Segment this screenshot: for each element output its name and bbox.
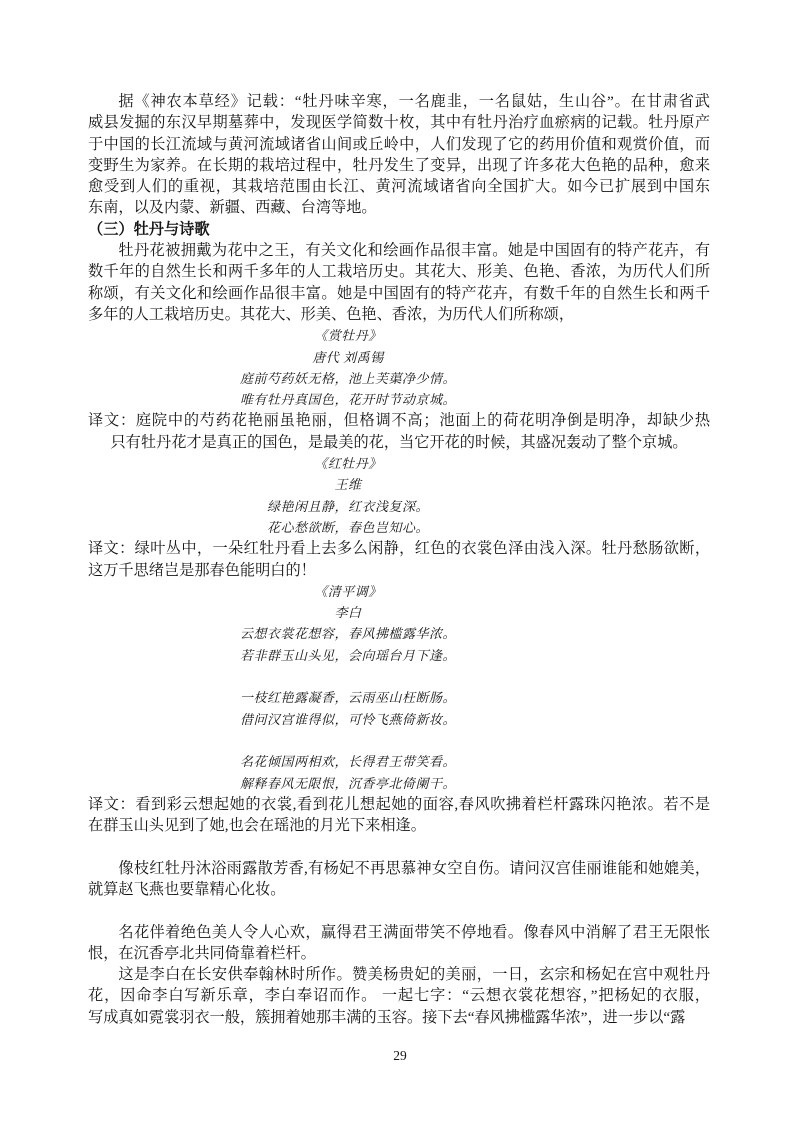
- poem-verse: 庭前芍药妖无格，池上芙蕖净少情。: [88, 368, 608, 389]
- page-number: 29: [0, 1048, 800, 1064]
- translation-qingpingdiao: 译文：看到彩云想起她的衣裳,看到花儿想起她的面容,春风吹拂着栏杆露珠闪艳浓。若不…: [88, 794, 710, 837]
- blank-line: [88, 730, 608, 751]
- text-line: 多年的人工栽培历史。其花大、形美、色艳、香浓，为历代人们所称颂，: [88, 304, 710, 325]
- text-line: 只有牡丹花才是真正的国色，是最美的花，当它开花的时候，其盛况轰动了整个京城。: [88, 432, 710, 453]
- poem-title: 《赏牡丹》: [88, 325, 608, 346]
- text-line: 就算赵飞燕也要靠精心化妆。: [88, 879, 710, 900]
- translation-hong-mudan: 译文：绿叶丛中，一朵红牡丹看上去多么闲静，红色的衣裳色泽由浅入深。牡丹愁肠欲断，…: [88, 538, 710, 581]
- text-line: 愈受到人们的重视，其栽培范围由长江、黄河流域诸省向全国扩大。如今已扩展到中国东北…: [88, 176, 710, 197]
- text-line: 据《神农本草经》记载：“牡丹味辛寒，一名鹿韭，一名鼠姑，生山谷”。在甘肃省武: [88, 91, 710, 112]
- paragraph-shennong: 据《神农本草经》记载：“牡丹味辛寒，一名鹿韭，一名鼠姑，生山谷”。在甘肃省武 威…: [88, 91, 710, 219]
- poem-verse: 唯有牡丹真国色，花开时节动京城。: [88, 389, 608, 410]
- text-line: 这是李白在长安供奉翰林时所作。赞美杨贵妃的美丽，一日，玄宗和杨妃在宫中观牡丹: [88, 964, 710, 985]
- text-line: 名花伴着绝色美人令人心欢，赢得君王满面带笑不停地看。像春风中消解了君王无限怅: [88, 922, 710, 943]
- text-line: 译文：看到彩云想起她的衣裳,看到花儿想起她的面容,春风吹拂着栏杆露珠闪艳浓。若不…: [88, 794, 710, 815]
- poem-hong-mudan: 《红牡丹》 王维 绿艳闲且静，红衣浅复深。 花心愁欲断，春色岂知心。: [88, 453, 608, 538]
- text-line: 变野生为家养。在长期的栽培过程中，牡丹发生了变异，出现了许多花大色艳的品种，愈来: [88, 155, 710, 176]
- poem-verse: 借问汉宫谁得似，可怜飞燕倚新妆。: [88, 709, 608, 730]
- poem-verse: 名花倾国两相欢，长得君王带笑看。: [88, 751, 608, 772]
- text-line: 牡丹花被拥戴为花中之王，有关文化和绘画作品很丰富。她是中国固有的特产花卉，有: [88, 240, 710, 261]
- poem-shang-mudan: 《赏牡丹》 唐代 刘禹锡 庭前芍药妖无格，池上芙蕖净少情。 唯有牡丹真国色，花开…: [88, 325, 608, 410]
- blank-line: [88, 900, 710, 921]
- poem-title: 《清平调》: [88, 581, 608, 602]
- paragraph-minghua: 名花伴着绝色美人令人心欢，赢得君王满面带笑不停地看。像春风中消解了君王无限怅 恨…: [88, 922, 710, 965]
- poem-verse: 云想衣裳花想容，春风拂槛露华浓。: [88, 623, 608, 644]
- text-line: 数千年的自然生长和两千多年的人工栽培历史。其花大、形美、色艳、香浓，为历代人们所: [88, 261, 710, 282]
- text-line: 于中国的长江流域与黄河流域诸省山间或丘岭中，人们发现了它的药用价值和观赏价值，而: [88, 134, 710, 155]
- translation-shang-mudan: 译文：庭院中的芍药花艳丽虽艳丽，但格调不高；池面上的荷花明净倒是明净，却缺少热情…: [88, 410, 710, 453]
- blank-line: [88, 836, 710, 857]
- poem-author: 李白: [88, 602, 608, 623]
- text-line: 恨，在沉香亭北共同倚靠着栏杆。: [88, 943, 710, 964]
- text-line: 花，因命李白写新乐章，李白奉诏而作。 一起七字：“云想衣裳花想容，”把杨妃的衣服…: [88, 985, 710, 1006]
- poem-qingpingdiao: 《清平调》 李白 云想衣裳花想容，春风拂槛露华浓。 若非群玉山头见，会向瑶台月下…: [88, 581, 608, 794]
- text-line: 写成真如霓裳羽衣一般，簇拥着她那丰满的玉容。接下去“春风拂槛露华浓”，进一步以“…: [88, 1007, 710, 1028]
- poem-verse: 解释春风无限恨，沉香亭北倚阑干。: [88, 773, 608, 794]
- blank-line: [88, 666, 608, 687]
- poem-verse: 一枝红艳露凝香，云雨巫山枉断肠。: [88, 687, 608, 708]
- paragraph-libai-changan: 这是李白在长安供奉翰林时所作。赞美杨贵妃的美丽，一日，玄宗和杨妃在宫中观牡丹 花…: [88, 964, 710, 1028]
- poem-author: 王维: [88, 474, 608, 495]
- poem-verse: 花心愁欲断，春色岂知心。: [88, 517, 608, 538]
- poem-verse: 若非群玉山头见，会向瑶台月下逢。: [88, 645, 608, 666]
- text-line: 这万千思绪岂是那春色能明白的！: [88, 560, 710, 581]
- poem-title: 《红牡丹》: [88, 453, 608, 474]
- poem-author: 唐代 刘禹锡: [88, 347, 608, 368]
- page-content: 据《神农本草经》记载：“牡丹味辛寒，一名鹿韭，一名鼠姑，生山谷”。在甘肃省武 威…: [88, 91, 710, 1028]
- text-line: 在群玉山头见到了她,也会在瑶池的月光下来相逢。: [88, 815, 710, 836]
- poem-verse: 绿艳闲且静，红衣浅复深。: [88, 496, 608, 517]
- text-line: 像枝红牡丹沐浴雨露散芳香,有杨妃不再思慕神女空自伤。请问汉宫佳丽谁能和她媲美，: [88, 858, 710, 879]
- text-line: 威县发掘的东汉早期墓葬中，发现医学简数十枚，其中有牡丹治疗血瘀病的记载。牡丹原产: [88, 112, 710, 133]
- text-line: 译文：绿叶丛中，一朵红牡丹看上去多么闲静，红色的衣裳色泽由浅入深。牡丹愁肠欲断，: [88, 538, 710, 559]
- text-line: 译文：庭院中的芍药花艳丽虽艳丽，但格调不高；池面上的荷花明净倒是明净，却缺少热情…: [88, 410, 710, 431]
- document-page: 据《神农本草经》记载：“牡丹味辛寒，一名鹿韭，一名鼠姑，生山谷”。在甘肃省武 威…: [0, 0, 800, 1131]
- paragraph-mudan-intro: 牡丹花被拥戴为花中之王，有关文化和绘画作品很丰富。她是中国固有的特产花卉，有 数…: [88, 240, 710, 325]
- section-heading: （三）牡丹与诗歌: [88, 219, 710, 240]
- paragraph-hongmudan-muyu: 像枝红牡丹沐浴雨露散芳香,有杨妃不再思慕神女空自伤。请问汉宫佳丽谁能和她媲美， …: [88, 858, 710, 901]
- text-line: 称颂，有关文化和绘画作品很丰富。她是中国固有的特产花卉，有数千年的自然生长和两千: [88, 283, 710, 304]
- text-line: 东南，以及内蒙、新疆、西藏、台湾等地。: [88, 197, 710, 218]
